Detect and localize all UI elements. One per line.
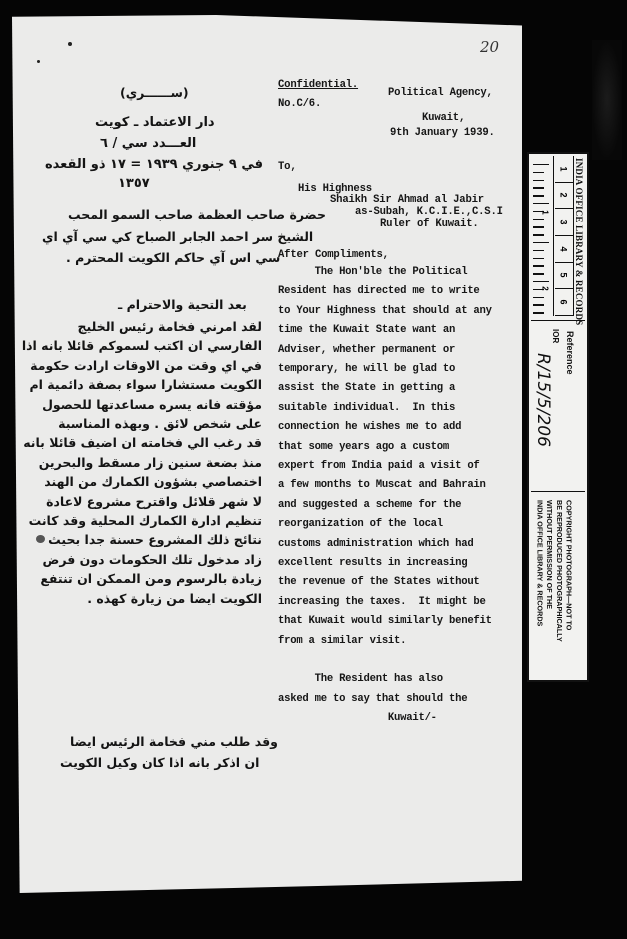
ruler-tick: [533, 180, 544, 181]
collection-code: IOR: [551, 329, 560, 343]
stamp-number-cells: 123456: [555, 156, 574, 316]
letter-body-line: that Kuwait would similarly benefit: [278, 615, 492, 627]
arabic-classification: (ســــــري): [120, 85, 189, 100]
arabic-body-line: منذ بضعة سنين زار مسقط والبحرين: [39, 455, 262, 470]
ruler-tick: [533, 164, 549, 165]
ruler-tick: [533, 242, 549, 243]
arabic-body-line: الكويت مستشارا سواء بصفة دائمية ام: [29, 377, 262, 392]
ruler-tick: [533, 281, 549, 282]
letter-body-line: Adviser, whether permanent or: [278, 344, 455, 356]
ink-blot: [36, 535, 45, 543]
arabic-body-line: لا شهر قلائل واقترح مشروع لاعادة: [46, 494, 262, 509]
letter-body-line: Resident has directed me to write: [278, 285, 480, 297]
arabic-body-line: مؤقته فانه يسره مساعدتها للحصول: [42, 397, 262, 412]
ruler-tick: [533, 203, 549, 204]
arabic-greeting: بعد التحية والاحترام ـ: [118, 297, 247, 312]
arabic-body-line: في اي وقت من الاوقات ارادت حكومة: [30, 358, 262, 373]
arabic-body-line: نتائج ذلك المشروع حسنة جدا بحيث: [48, 532, 262, 547]
arabic-body-line: زيادة بالرسوم ومن الممكن ان تنتفع: [40, 571, 262, 586]
letter-body-line: expert from India paid a visit of: [278, 460, 480, 472]
salutation-to: To,: [278, 161, 296, 173]
letter-body-line: that some years ago a custom: [278, 441, 449, 453]
copyright-line: BE REPRODUCED PHOTOGRAPHICALLY: [554, 500, 564, 642]
letter-body-line: temporary, he will be glad to: [278, 363, 455, 375]
letter-body-line: and suggested a scheme for the: [278, 499, 461, 511]
greeting: After Compliments,: [278, 249, 389, 261]
arabic-header-line: في ٩ جنوري ١٩٣٩ = ١٧ ذو القعده: [45, 157, 263, 172]
arabic-header-line: ١٣٥٧: [118, 176, 150, 191]
ink-speck: [68, 42, 72, 46]
ruler-tick: [533, 273, 544, 274]
addressee-line: Shaikh Sir Ahmad al Jabir: [330, 194, 484, 206]
addressee-line: Ruler of Kuwait.: [380, 218, 479, 230]
letter-body-line: Kuwait/-: [278, 712, 437, 724]
letter-body-line: customs administration which had: [278, 538, 473, 550]
ruler-tick: [533, 234, 544, 235]
stamp-cell: 4: [555, 236, 573, 263]
letter-body-line: increasing the taxes. It might be: [278, 596, 486, 608]
ruler-tick: [533, 226, 544, 227]
arabic-body-line: الفارسي ان اكتب لسموكم قائلا بانه اذا: [22, 338, 262, 353]
copyright-line: INDIA OFFICE LIBRARY & RECORDS: [535, 500, 545, 642]
folio-number: 20: [480, 38, 499, 56]
arabic-addressee-line: سي اس آي حاكم الكويت المحترم .: [66, 250, 280, 265]
arabic-addressee-line: الشيخ سر احمد الجابر الصباح كي سي آي اي: [42, 229, 313, 244]
ruler-tick: [533, 172, 544, 173]
ruler-tick: [533, 304, 544, 305]
letter-body-line: a few months to Muscat and Bahrain: [278, 479, 486, 491]
copyright-line: WITHOUT PERMISSION OF THE: [545, 500, 555, 642]
letter-body-line: reorganization of the local: [278, 518, 443, 530]
addressee-line: as-Subah, K.C.I.E.,C.S.I: [355, 206, 503, 218]
letter-date: 9th January 1939.: [390, 127, 495, 139]
arabic-addressee-line: حضرة صاحب العظمة صاحب السمو المحب: [68, 207, 326, 222]
ruler-tick: [533, 265, 544, 266]
letter-body-line: assist the State in getting a: [278, 382, 455, 394]
ruler-tick: [533, 219, 544, 220]
copyright-notice: COPYRIGHT PHOTOGRAPH—NOT TOBE REPRODUCED…: [535, 500, 573, 642]
classification-label: Confidential.: [278, 79, 358, 91]
arabic-closing-line: وقد طلب مني فخامة الرئيس ايضا: [70, 734, 278, 749]
sender-office: Political Agency,: [388, 87, 493, 99]
measurement-ruler: 12: [531, 156, 554, 316]
letter-body-line: asked me to say that should the: [278, 693, 467, 705]
ruler-tick: [533, 195, 544, 196]
arabic-body-line: الكويت ايضا من زيارة كهذه .: [87, 591, 262, 606]
arabic-header-line: العـــدد سي / ٦: [100, 136, 196, 151]
letter-body-line: suitable individual. In this: [278, 402, 455, 414]
ruler-tick: [533, 250, 544, 251]
sender-place: Kuwait,: [422, 112, 465, 124]
arabic-body-line: تنظيم ادارة الكمارك المحلية وقد كانت: [29, 513, 262, 528]
archive-reference-stamp: 12 123456 INDIA OFFICE LIBRARY & RECORDS…: [527, 152, 589, 682]
stamp-cell: 2: [555, 183, 573, 210]
arabic-body-line: على شخص لائق . وبهذه المناسبة: [58, 416, 262, 431]
arabic-body-line: قد رغب الي فخامته ان اضيف قائلا بانه: [23, 435, 262, 450]
scan-background-shadow: [592, 40, 622, 160]
stamp-cell: 5: [555, 263, 573, 290]
library-name: INDIA OFFICE LIBRARY & RECORDS: [574, 158, 584, 325]
stamp-cell: 1: [555, 156, 573, 183]
arabic-closing-line: ان اذكر بانه اذا كان وكيل الكويت: [60, 755, 259, 770]
letter-body-line: connection he wishes me to add: [278, 421, 461, 433]
ruler-mark: 1: [541, 210, 550, 214]
arabic-header-line: دار الاعتماد ـ كويت: [95, 115, 215, 130]
copyright-line: COPYRIGHT PHOTOGRAPH—NOT TO: [564, 500, 574, 642]
reference-number: No.C/6.: [278, 98, 321, 110]
reference-box: Reference IOR R/15/5/206: [531, 320, 585, 492]
ruler-tick: [533, 297, 544, 298]
letter-body-line: to Your Highness that should at any: [278, 305, 492, 317]
arabic-body-line: اختصاصي بشؤون الكمارك من الهند: [44, 474, 262, 489]
letter-body-line: The Resident has also: [278, 673, 443, 685]
letter-body-line: The Hon'ble the Political: [278, 266, 467, 278]
reference-label: Reference: [565, 331, 575, 375]
letter-body-line: from a similar visit.: [278, 635, 406, 647]
stamp-cell: 6: [555, 289, 573, 316]
ruler-tick: [533, 258, 544, 259]
reference-number: R/15/5/206: [533, 353, 553, 447]
letter-body-line: excellent results in increasing: [278, 557, 467, 569]
arabic-body-line: لقد امرني فخامة رئيس الخليج: [77, 319, 262, 334]
arabic-body-line: زاد مدخول تلك الحكومات دون فرض: [43, 552, 262, 567]
stamp-cell: 3: [555, 209, 573, 236]
ink-speck: [37, 60, 40, 63]
ruler-tick: [533, 312, 544, 313]
letter-body-line: time the Kuwait State want an: [278, 324, 455, 336]
ruler-mark: 2: [541, 286, 550, 290]
ruler-tick: [533, 187, 544, 188]
letter-body-line: the revenue of the States without: [278, 576, 480, 588]
